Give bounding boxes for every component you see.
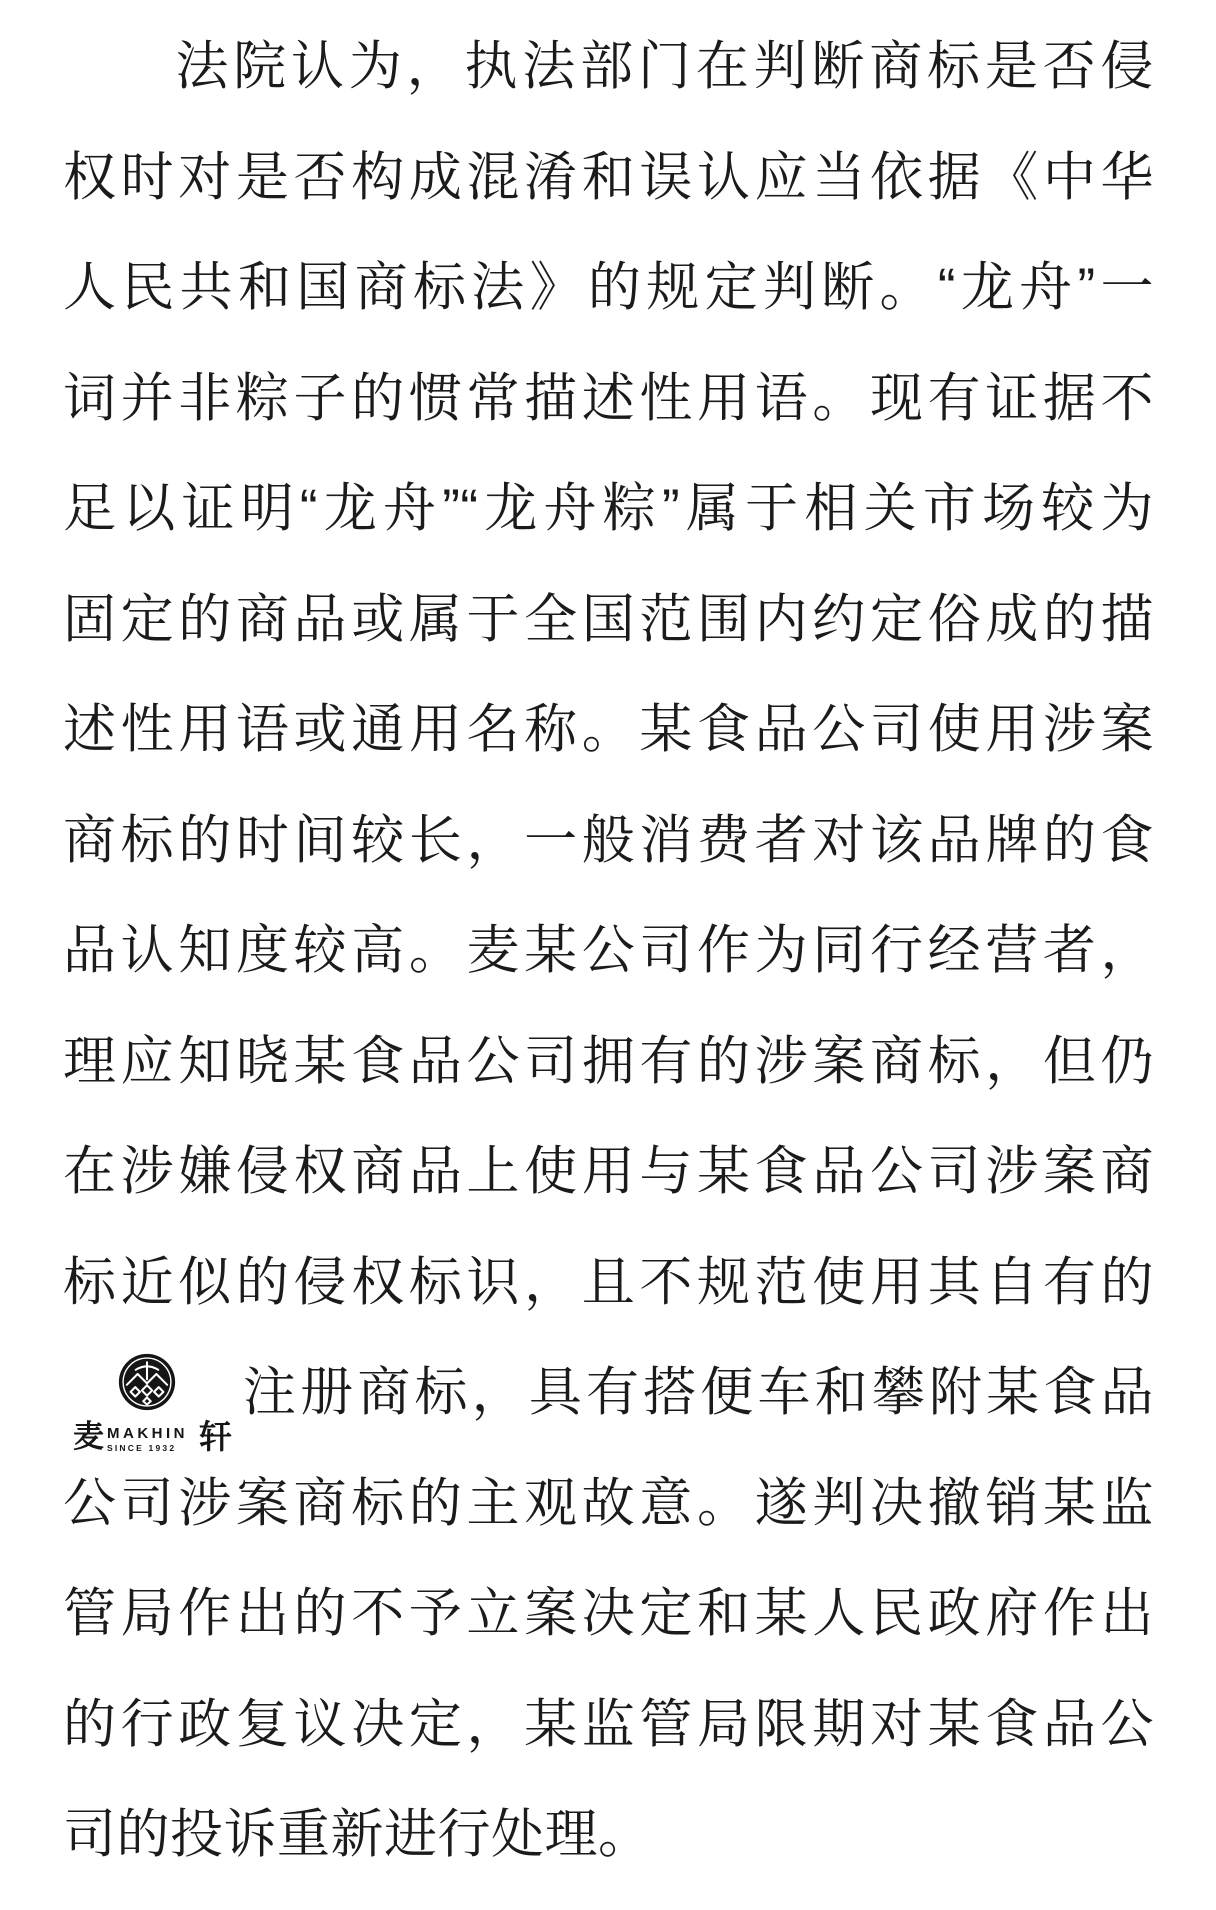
paragraph-line: 足以证明“龙舟”“龙舟粽”属于相关市场较为 bbox=[63, 454, 1154, 565]
paragraph-line: 法院认为，执法部门在判断商标是否侵 bbox=[63, 12, 1154, 123]
article-body: 法院认为，执法部门在判断商标是否侵 权时对是否构成混淆和误认应当依据《中华 人民… bbox=[0, 0, 1216, 1891]
paragraph-line-with-logo: 麦 MAKHIN SINCE 1932 轩 注册商标，具有搭便车和攀附某食品 bbox=[63, 1338, 1154, 1449]
makhin-logo-cn-left: 麦 bbox=[73, 1422, 104, 1453]
makhin-logo-cn-right: 轩 bbox=[199, 1420, 232, 1453]
paragraph-line: 在涉嫌侵权商品上使用与某食品公司涉案商 bbox=[63, 1117, 1154, 1228]
makhin-logo-tagline: SINCE 1932 bbox=[107, 1443, 201, 1453]
paragraph-line: 司的投诉重新进行处理。 bbox=[63, 1780, 1154, 1891]
paragraph-line: 理应知晓某食品公司拥有的涉案商标，但仍 bbox=[63, 1007, 1154, 1118]
paragraph-line: 人民共和国商标法》的规定判断。“龙舟”一 bbox=[63, 233, 1154, 344]
paragraph-line: 词并非粽子的惯常描述性用语。现有证据不 bbox=[63, 344, 1154, 455]
paragraph-line: 商标的时间较长，一般消费者对该品牌的食 bbox=[63, 786, 1154, 897]
paragraph-line: 述性用语或通用名称。某食品公司使用涉案 bbox=[63, 675, 1154, 786]
paragraph-line: 权时对是否构成混淆和误认应当依据《中华 bbox=[63, 123, 1154, 234]
paragraph-line: 品认知度较高。麦某公司作为同行经营者， bbox=[63, 896, 1154, 1007]
paragraph-line: 标近似的侵权标识，且不规范使用其自有的 bbox=[63, 1228, 1154, 1339]
makhin-trademark-logo: 麦 MAKHIN SINCE 1932 轩 bbox=[73, 1352, 237, 1456]
paragraph-line: 固定的商品或属于全国范围内约定俗成的描 bbox=[63, 565, 1154, 676]
paragraph-line: 管局作出的不予立案决定和某人民政府作出 bbox=[63, 1559, 1154, 1670]
paragraph-line: 的行政复议决定，某监管局限期对某食品公 bbox=[63, 1670, 1154, 1781]
paragraph-line: 公司涉案商标的主观故意。遂判决撤销某监 bbox=[63, 1449, 1154, 1560]
paragraph-line-text: 注册商标，具有搭便车和攀附某食品 bbox=[243, 1363, 1154, 1422]
makhin-logo-latin: MAKHIN bbox=[107, 1426, 201, 1442]
makhin-emblem-icon bbox=[117, 1352, 177, 1412]
